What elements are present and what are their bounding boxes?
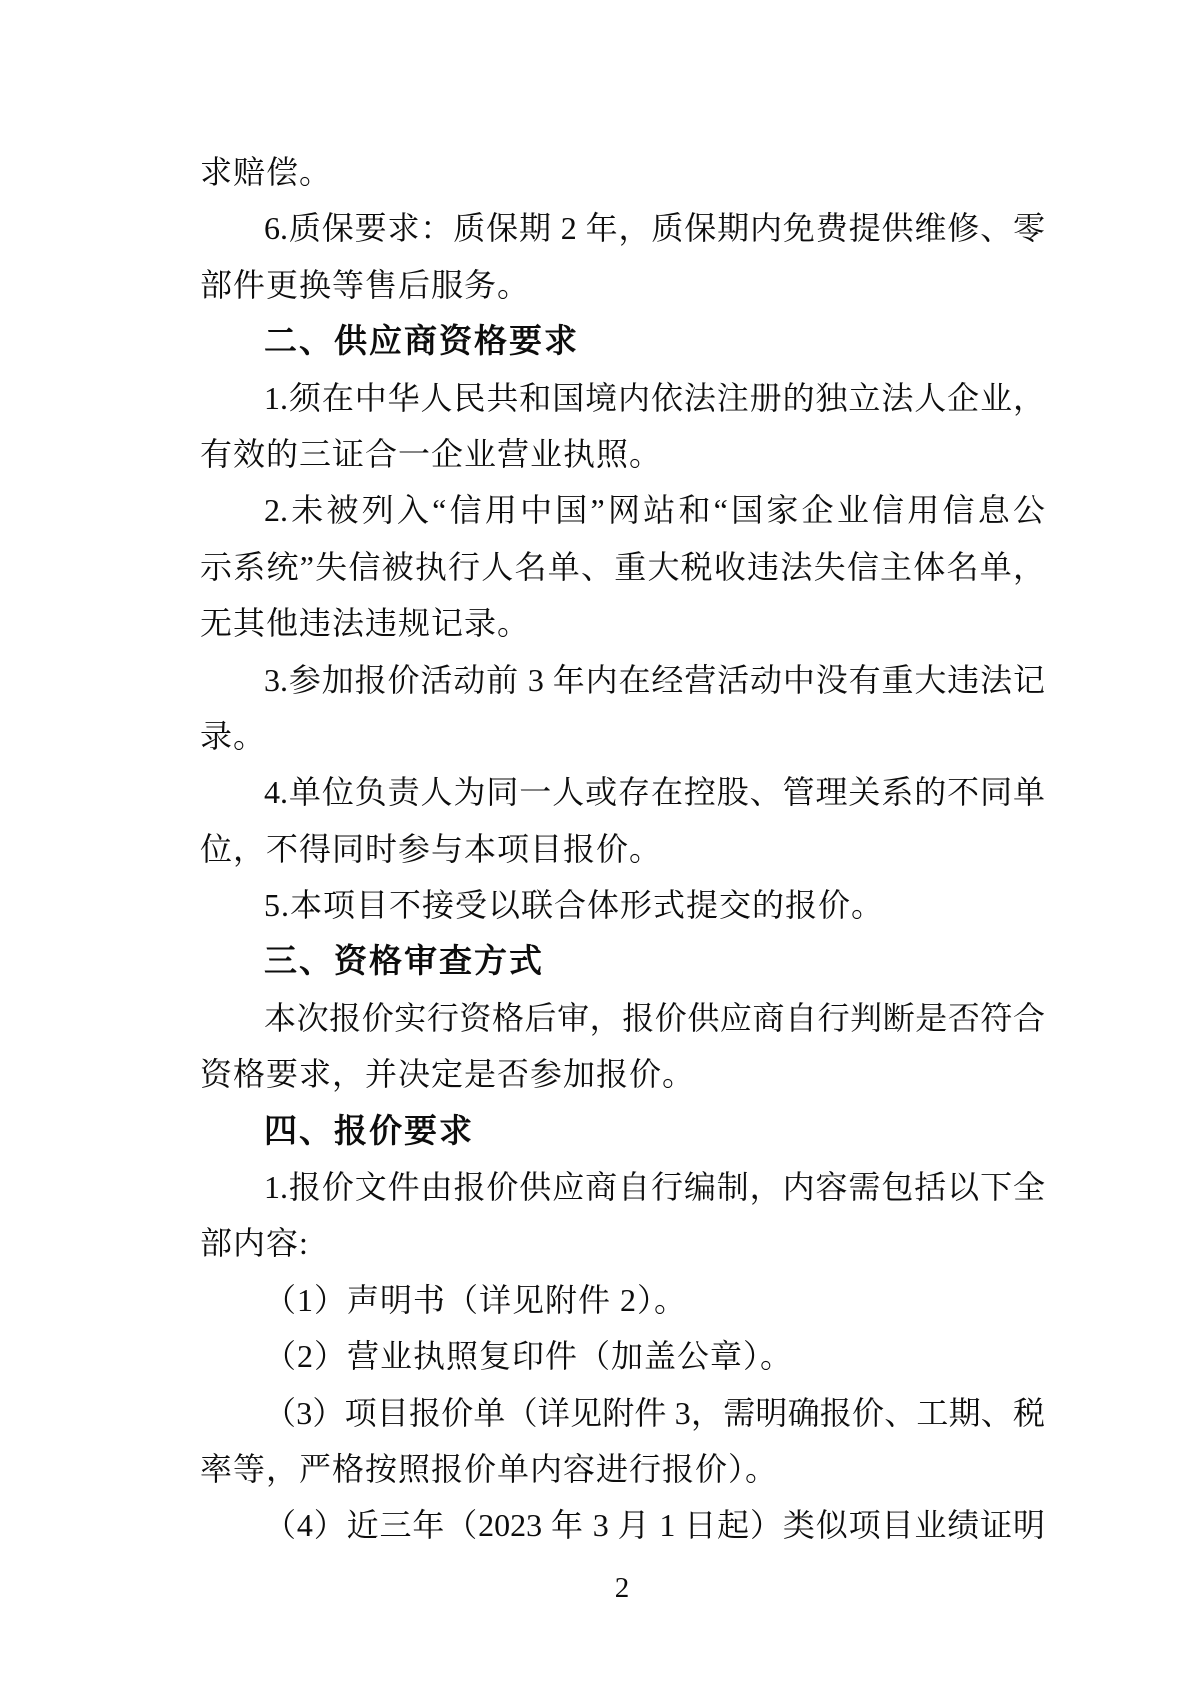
text-line: 4.单位负责人为同一人或存在控股、管理关系的不同单: [200, 764, 1045, 820]
document-body: 求赔偿。6.质保要求：质保期 2 年，质保期内免费提供维修、零部件更换等售后服务…: [200, 144, 1045, 1554]
text-line: 6.质保要求：质保期 2 年，质保期内免费提供维修、零: [200, 200, 1045, 256]
text-line: 2.未被列入“信用中国”网站和“国家企业信用信息公: [200, 482, 1045, 538]
text-line: 部件更换等售后服务。: [200, 257, 1045, 313]
page-number: 2: [615, 1572, 630, 1604]
document-page: 求赔偿。6.质保要求：质保期 2 年，质保期内免费提供维修、零部件更换等售后服务…: [0, 0, 1190, 1684]
text-line: 无其他违法违规记录。: [200, 595, 1045, 651]
text-line: 部内容:: [200, 1215, 1045, 1271]
text-line: 有效的三证合一企业营业执照。: [200, 426, 1045, 482]
text-line: 率等，严格按照报价单内容进行报价）。: [200, 1441, 1045, 1497]
text-line: 1.报价文件由报价供应商自行编制，内容需包括以下全: [200, 1159, 1045, 1215]
text-line: 1.须在中华人民共和国境内依法注册的独立法人企业，: [200, 370, 1045, 426]
text-line: 资格要求，并决定是否参加报价。: [200, 1046, 1045, 1102]
text-line: 本次报价实行资格后审，报价供应商自行判断是否符合: [200, 990, 1045, 1046]
section-heading: 三、资格审查方式: [200, 933, 1045, 989]
text-line: （2）营业执照复印件（加盖公章）。: [200, 1328, 1045, 1384]
section-heading: 四、报价要求: [200, 1103, 1045, 1159]
text-line: 位，不得同时参与本项目报价。: [200, 821, 1045, 877]
text-line: （1）声明书（详见附件 2）。: [200, 1272, 1045, 1328]
text-line: 3.参加报价活动前 3 年内在经营活动中没有重大违法记: [200, 652, 1045, 708]
section-heading: 二、供应商资格要求: [200, 313, 1045, 369]
text-line: （3）项目报价单（详见附件 3，需明确报价、工期、税: [200, 1385, 1045, 1441]
page-footer: 2: [27, 1566, 1190, 1610]
text-line: 求赔偿。: [200, 144, 1045, 200]
text-line: 录。: [200, 708, 1045, 764]
text-line: （4）近三年（2023 年 3 月 1 日起）类似项目业绩证明: [200, 1497, 1045, 1553]
text-line: 示系统”失信被执行人名单、重大税收违法失信主体名单，: [200, 539, 1045, 595]
text-line: 5.本项目不接受以联合体形式提交的报价。: [200, 877, 1045, 933]
